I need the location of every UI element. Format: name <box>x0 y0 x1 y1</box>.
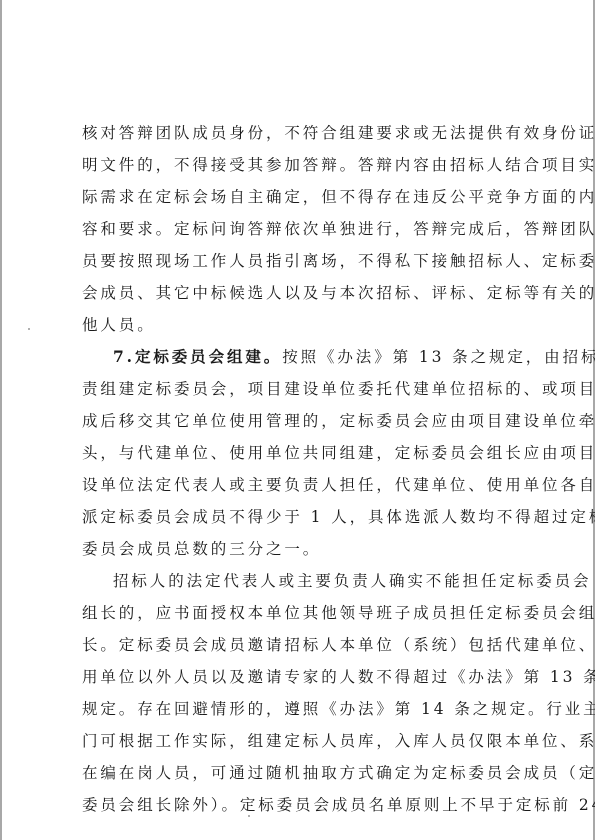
scan-speck <box>248 815 250 817</box>
text-line: 容和要求。定标问询答辩依次单独进行，答辩完成后，答辩团队人 <box>82 217 524 241</box>
text-line: 设单位法定代表人或主要负责人担任，代建单位、使用单位各自选 <box>82 473 524 497</box>
text-line: 规定。存在回避情形的，遵照《办法》第 14 条之规定。行业主管部 <box>82 697 524 721</box>
text-line: 委员会组长除外）。定标委员会成员名单原则上不早于定标前 24 <box>82 793 524 817</box>
text-line: 成后移交其它单位使用管理的，定标委员会应由项目建设单位牵 <box>82 409 524 433</box>
text-line: 在编在岗人员，可通过随机抽取方式确定为定标委员会成员（定标 <box>82 761 524 785</box>
section-heading: 7.定标委员会组建。 <box>113 347 282 366</box>
text-line: 委员会成员总数的三分之一。 <box>82 537 524 561</box>
document-page: 核对答辩团队成员身份，不符合组建要求或无法提供有效身份证 明文件的，不得接受其参… <box>0 0 595 840</box>
text-line: 明文件的，不得接受其参加答辩。答辩内容由招标人结合项目实 <box>82 153 524 177</box>
text-line: 核对答辩团队成员身份，不符合组建要求或无法提供有效身份证 <box>82 121 524 145</box>
text-line: 派定标委员会成员不得少于 1 人，具体选派人数均不得超过定标 <box>82 505 524 529</box>
scan-speck <box>28 328 30 330</box>
text-line: 际需求在定标会场自主确定，但不得存在违反公平竞争方面的内 <box>82 185 524 209</box>
text-line: 组长的，应书面授权本单位其他领导班子成员担任定标委员会组 <box>82 601 524 625</box>
section-7-first-line: 7.定标委员会组建。按照《办法》第 13 条之规定，由招标人负 <box>113 345 524 369</box>
text-line: 长。定标委员会成员邀请招标人本单位（系统）包括代建单位、使 <box>82 633 524 657</box>
section-text: 按照《办法》第 13 条之规定，由招标人负 <box>282 348 595 366</box>
text-line: 责组建定标委员会，项目建设单位委托代建单位招标的、或项目建 <box>82 377 524 401</box>
text-line: 用单位以外人员以及邀请专家的人数不得超过《办法》第 13 条之 <box>82 665 524 689</box>
text-line: 会成员、其它中标候选人以及与本次招标、评标、定标等有关的其 <box>82 281 524 305</box>
text-line: 员要按照现场工作人员指引离场，不得私下接触招标人、定标委员 <box>82 249 524 273</box>
paragraph-first-line: 招标人的法定代表人或主要负责人确实不能担任定标委员会 <box>113 569 524 593</box>
text-line: 门可根据工作实际，组建定标人员库，入库人员仅限本单位、系统 <box>82 729 524 753</box>
text-line: 头，与代建单位、使用单位共同组建，定标委员会组长应由项目建 <box>82 441 524 465</box>
text-line: 他人员。 <box>82 313 524 337</box>
